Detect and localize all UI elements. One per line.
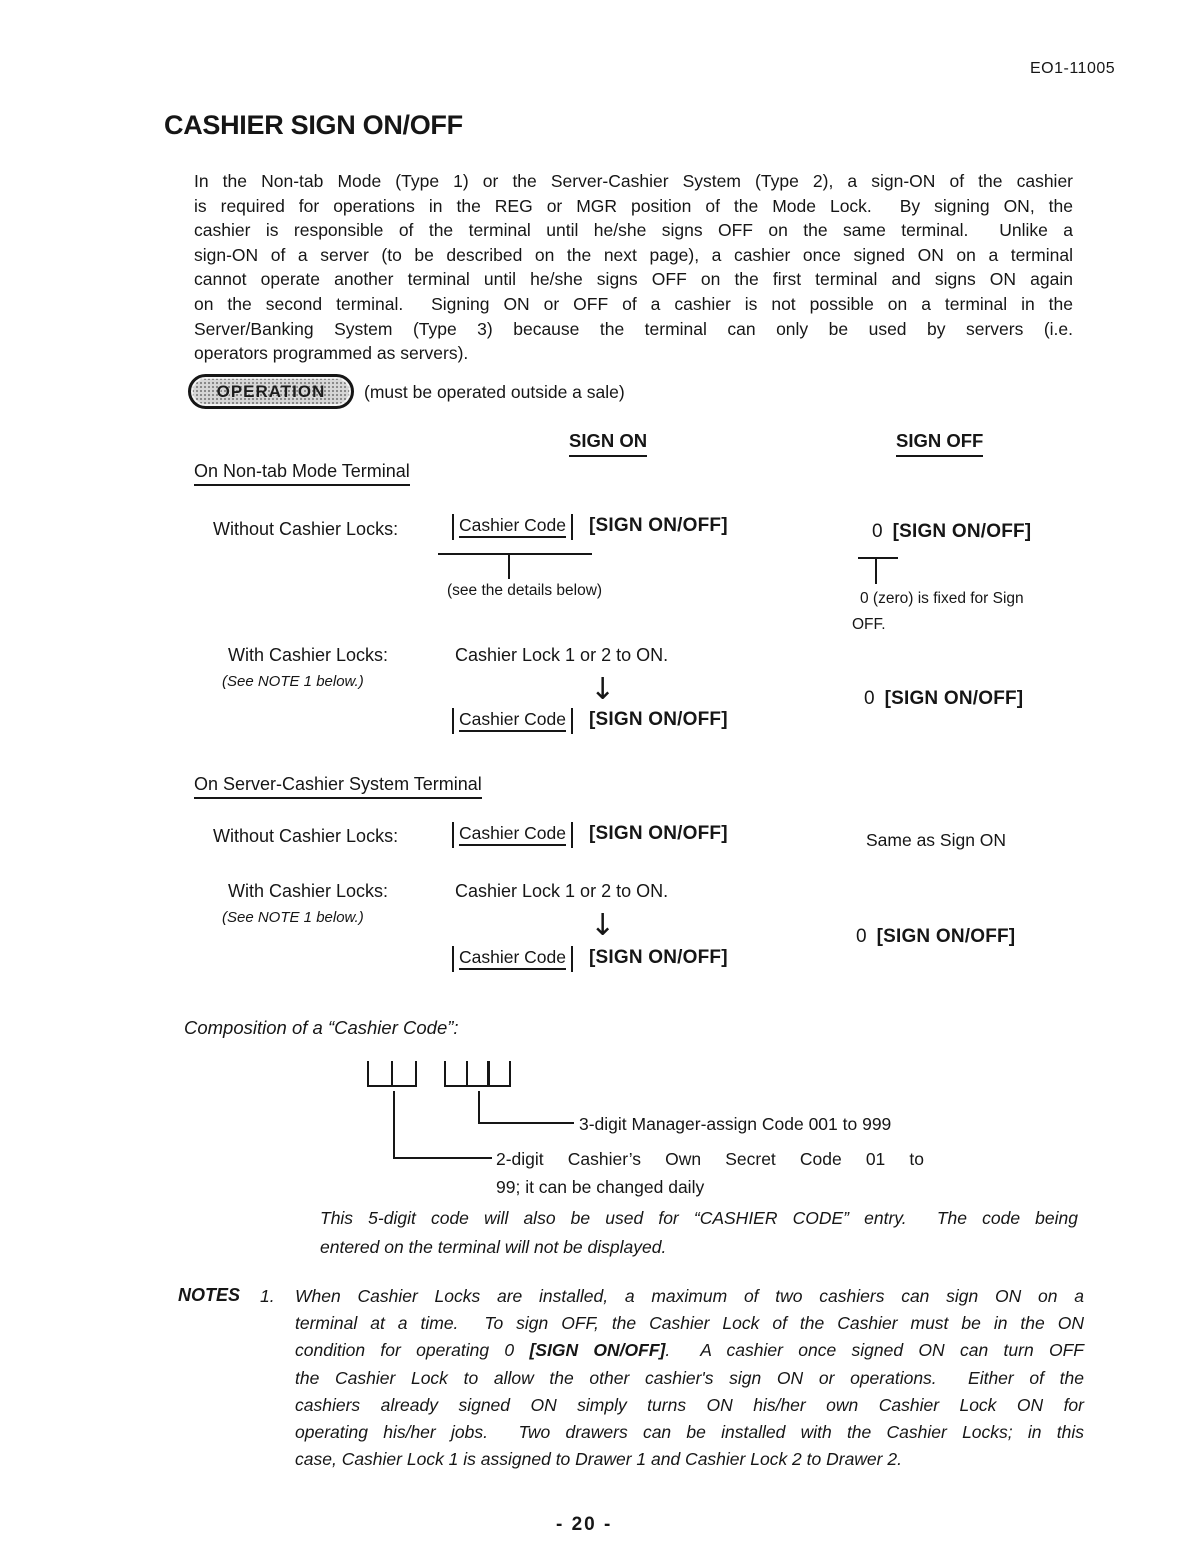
- section-heading-server-cashier: On Server-Cashier System Terminal: [194, 774, 482, 799]
- zero-value: 0: [872, 521, 883, 543]
- zero-sign-onoff: 0 [SIGN ON/OFF]: [864, 688, 1023, 710]
- intro-line: sign-ON of a server (to be described on …: [194, 243, 1073, 268]
- see-note-caption: (See NOTE 1 below.): [222, 909, 364, 926]
- cashier-code-key: Cashier Code: [452, 708, 573, 734]
- cashier-code-key: Cashier Code: [452, 822, 573, 848]
- leader-line-vertical: [478, 1091, 480, 1122]
- notes-line: cashiers already signed ON simply turns …: [295, 1392, 1084, 1419]
- zero-note-line2: OFF.: [852, 612, 886, 638]
- cashier-code-entry: Cashier Code [SIGN ON/OFF]: [452, 708, 728, 734]
- notes-line: terminal at a time. To sign OFF, the Cas…: [295, 1310, 1084, 1337]
- zero-sign-onoff: 0 [SIGN ON/OFF]: [872, 521, 1031, 543]
- digit-cell: [367, 1061, 393, 1087]
- composition-note-line1: This 5-digit code will also be used for …: [320, 1204, 1078, 1233]
- same-as-sign-on-text: Same as Sign ON: [866, 830, 1006, 851]
- leader-line-vertical: [508, 553, 510, 579]
- digit-cell: [444, 1061, 468, 1087]
- leader-line-horizontal: [438, 553, 592, 555]
- down-arrow-icon: ↓: [590, 675, 615, 705]
- cashier-code-key: Cashier Code: [452, 946, 573, 972]
- digit-cell: [487, 1061, 511, 1087]
- see-note-caption: (See NOTE 1 below.): [222, 673, 364, 690]
- down-arrow-icon: ↓: [590, 911, 615, 941]
- notes-line: case, Cashier Lock 1 is assigned to Draw…: [295, 1446, 1084, 1473]
- label-3-digit: 3-digit Manager-assign Code 001 to 999: [579, 1110, 891, 1138]
- column-header-sign-off: SIGN OFF: [896, 430, 983, 457]
- operation-badge-label: OPERATION: [217, 382, 326, 402]
- see-details-caption: (see the details below): [447, 582, 602, 600]
- label-2-digit-line1: 2-digit Cashier’s Own Secret Code 01 to: [496, 1145, 924, 1173]
- label-2-digit-line2: 99; it can be changed daily: [496, 1173, 924, 1201]
- zero-value: 0: [864, 688, 875, 710]
- leader-line-vertical: [875, 557, 877, 584]
- composition-note: This 5-digit code will also be used for …: [320, 1204, 1078, 1262]
- label-2-digit: 2-digit Cashier’s Own Secret Code 01 to …: [496, 1145, 924, 1201]
- notes-heading: NOTES: [178, 1285, 240, 1306]
- intro-line: In the Non-tab Mode (Type 1) or the Serv…: [194, 169, 1073, 194]
- label-without-cashier-locks: Without Cashier Locks:: [213, 519, 398, 540]
- code-digit-cells-2: [367, 1061, 417, 1087]
- leader-line-horizontal: [858, 557, 898, 559]
- sign-onoff-key: [SIGN ON/OFF]: [893, 521, 1032, 543]
- sign-onoff-key: [SIGN ON/OFF]: [589, 709, 728, 731]
- code-digit-cells-3: [444, 1061, 511, 1087]
- label-without-cashier-locks: Without Cashier Locks:: [213, 826, 398, 847]
- leader-line-vertical: [393, 1091, 395, 1157]
- notes-line: When Cashier Locks are installed, a maxi…: [295, 1283, 1084, 1310]
- zero-note-line1: 0 (zero) is fixed for Sign: [860, 586, 1024, 612]
- intro-line: operators programmed as servers).: [194, 341, 1073, 366]
- leader-line-horizontal: [393, 1157, 492, 1159]
- notes-body: When Cashier Locks are installed, a maxi…: [295, 1283, 1084, 1473]
- digit-cell: [391, 1061, 417, 1087]
- cashier-code-entry: Cashier Code [SIGN ON/OFF]: [452, 822, 728, 848]
- doc-code: EO1-11005: [1030, 60, 1115, 78]
- notes-number: 1.: [260, 1286, 275, 1307]
- intro-line: cannot operate another terminal until he…: [194, 267, 1073, 292]
- sign-onoff-key: [SIGN ON/OFF]: [589, 515, 728, 537]
- leader-line-horizontal: [478, 1122, 574, 1124]
- cashier-code-key-label: Cashier Code: [459, 823, 566, 846]
- operation-badge: OPERATION: [188, 374, 354, 409]
- digit-cell: [466, 1061, 490, 1087]
- section-heading-non-tab: On Non-tab Mode Terminal: [194, 461, 410, 486]
- sign-onoff-key: [SIGN ON/OFF]: [589, 947, 728, 969]
- cashier-code-entry: Cashier Code [SIGN ON/OFF]: [452, 514, 728, 540]
- page-number: - 20 -: [556, 1514, 612, 1536]
- cashier-code-key-label: Cashier Code: [459, 947, 566, 970]
- intro-line: cashier is responsible of the terminal u…: [194, 218, 1073, 243]
- sign-onoff-key: [SIGN ON/OFF]: [885, 688, 1024, 710]
- label-with-cashier-locks: With Cashier Locks:: [228, 881, 388, 902]
- sign-onoff-key: [SIGN ON/OFF]: [589, 823, 728, 845]
- sign-onoff-key: [SIGN ON/OFF]: [877, 926, 1016, 948]
- lock-instruction: Cashier Lock 1 or 2 to ON.: [455, 645, 668, 666]
- composition-title: Composition of a “Cashier Code”:: [184, 1017, 459, 1039]
- notes-line: operating his/her jobs. Two drawers can …: [295, 1419, 1084, 1446]
- cashier-code-key-label: Cashier Code: [459, 515, 566, 538]
- operation-note: (must be operated outside a sale): [364, 382, 625, 403]
- cashier-code-key-label: Cashier Code: [459, 709, 566, 732]
- document-page: EO1-11005 CASHIER SIGN ON/OFF In the Non…: [0, 0, 1202, 1560]
- composition-note-line2: entered on the terminal will not be disp…: [320, 1233, 1078, 1262]
- intro-line: Server/Banking System (Type 3) because t…: [194, 317, 1073, 342]
- cashier-code-key: Cashier Code: [452, 514, 573, 540]
- zero-value: 0: [856, 926, 867, 948]
- column-header-sign-on: SIGN ON: [569, 430, 647, 457]
- zero-sign-onoff: 0 [SIGN ON/OFF]: [856, 926, 1015, 948]
- lock-instruction: Cashier Lock 1 or 2 to ON.: [455, 881, 668, 902]
- notes-line: condition for operating 0 [SIGN ON/OFF].…: [295, 1337, 1084, 1364]
- cashier-code-entry: Cashier Code [SIGN ON/OFF]: [452, 946, 728, 972]
- label-with-cashier-locks: With Cashier Locks:: [228, 645, 388, 666]
- intro-line: on the second terminal. Signing ON or OF…: [194, 292, 1073, 317]
- intro-line: is required for operations in the REG or…: [194, 194, 1073, 219]
- intro-paragraph: In the Non-tab Mode (Type 1) or the Serv…: [194, 169, 1073, 366]
- notes-line: the Cashier Lock to allow the other cash…: [295, 1365, 1084, 1392]
- sign-onoff-key: [SIGN ON/OFF]: [529, 1340, 665, 1360]
- page-title: CASHIER SIGN ON/OFF: [164, 110, 463, 141]
